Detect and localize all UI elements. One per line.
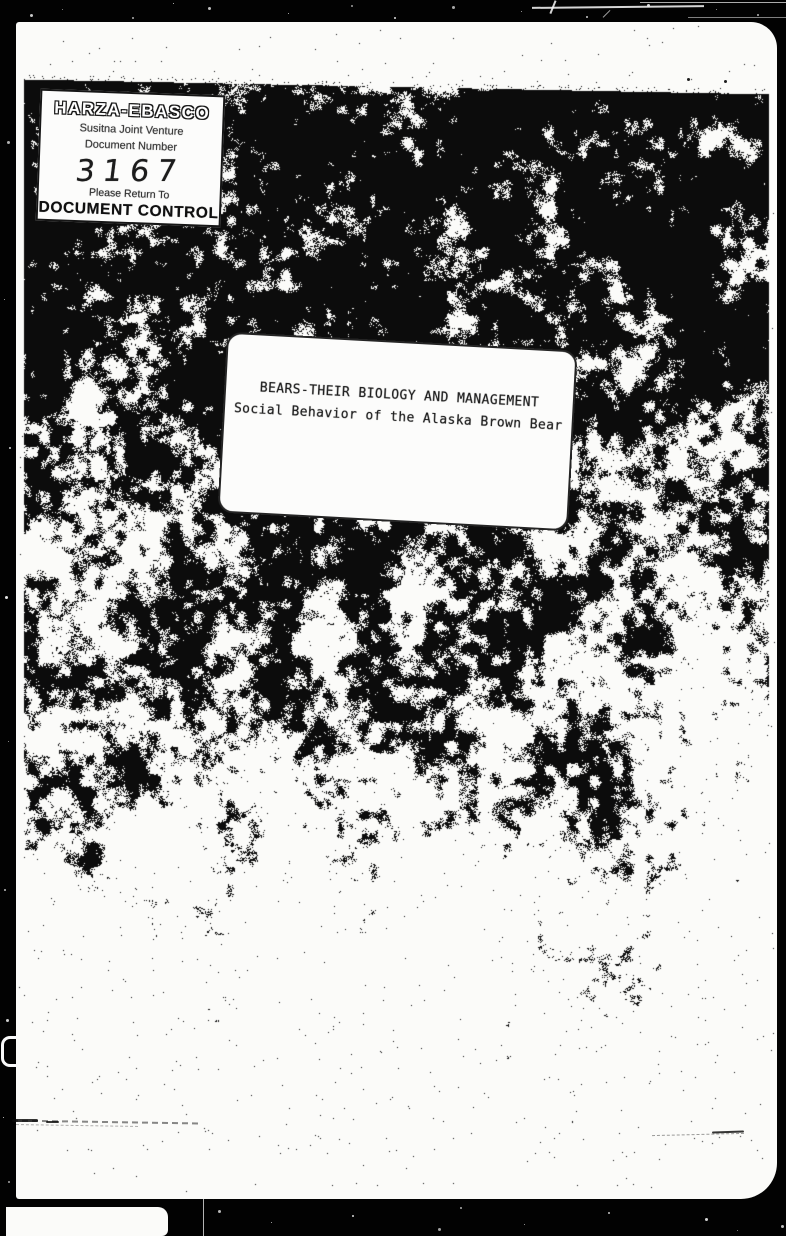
dust-speck — [716, 9, 717, 10]
dust-speck — [288, 13, 289, 14]
margin-bracket-mark — [1, 1036, 18, 1067]
dust-speck — [30, 14, 33, 17]
dust-speck — [351, 5, 353, 7]
dust-speck — [5, 596, 8, 599]
stamp-document-number: 3167 — [37, 156, 223, 188]
ink-speck — [724, 80, 727, 83]
dust-speck — [8, 741, 9, 742]
dust-speck — [608, 1212, 610, 1214]
dust-speck — [438, 1228, 441, 1231]
dust-speck — [208, 7, 211, 10]
scan-page: HARZA-EBASCO Susitna Joint Venture Docum… — [16, 22, 777, 1199]
scratch-mark — [532, 5, 704, 8]
dust-speck — [524, 1224, 525, 1225]
scratch-mark — [603, 10, 611, 18]
dust-speck — [781, 1225, 784, 1228]
dust-speck — [521, 11, 522, 12]
dust-speck — [757, 14, 759, 16]
dust-speck — [62, 9, 63, 10]
dust-speck — [460, 1207, 462, 1209]
scan-hairline — [203, 1199, 204, 1236]
dust-speck — [452, 6, 455, 9]
dust-speck — [4, 889, 6, 891]
dust-speck — [271, 1222, 272, 1223]
scratch-mark — [12, 1119, 38, 1122]
dust-speck — [737, 1230, 738, 1231]
dust-speck — [4, 299, 5, 300]
dust-speck — [7, 141, 10, 144]
scratch-mark — [688, 17, 786, 18]
dust-speck — [9, 447, 11, 449]
dust-speck — [8, 1181, 10, 1183]
scratch-mark — [640, 2, 786, 3]
stamp-document-control: DOCUMENT CONTROL — [38, 199, 220, 224]
dust-speck — [6, 1019, 9, 1022]
dust-speck — [3, 1117, 4, 1118]
ink-speck — [687, 78, 690, 81]
title-label: BEARS-THEIR BIOLOGY AND MANAGEMENT Socia… — [217, 332, 577, 532]
dust-speck — [132, 17, 134, 19]
dust-speck — [705, 1218, 708, 1221]
dust-speck — [394, 17, 396, 19]
dust-speck — [218, 1210, 221, 1213]
scanned-page-stage: HARZA-EBASCO Susitna Joint Venture Docum… — [0, 0, 786, 1236]
dust-speck — [173, 3, 174, 4]
dust-speck — [586, 16, 588, 18]
dust-speck — [647, 4, 650, 7]
page-tab — [6, 1207, 168, 1236]
scratch-mark — [46, 1121, 59, 1123]
document-control-stamp: HARZA-EBASCO Susitna Joint Venture Docum… — [36, 89, 226, 228]
dust-speck — [352, 1215, 354, 1217]
